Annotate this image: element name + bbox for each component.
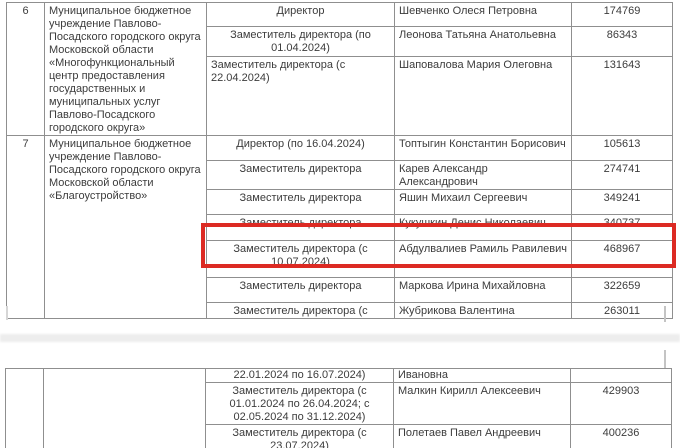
name-cell: Шаповалова Мария Олеговна xyxy=(395,57,572,136)
name-cell: Яшин Михаил Сергеевич xyxy=(395,190,572,215)
table-row: 7 Муниципальное бюджетное учреждение Пав… xyxy=(7,136,673,161)
organization-cell: Муниципальное бюджетное учреждение Павло… xyxy=(45,3,207,136)
position-cell: Заместитель директора (по 01.04.2024) xyxy=(207,27,395,57)
position-cell: Заместитель директора (с xyxy=(207,303,395,319)
organization-cell: Муниципальное бюджетное учреждение Павло… xyxy=(45,136,207,319)
position-cell: Заместитель директора xyxy=(207,278,395,303)
position-cell: Заместитель директора (с 01.01.2024 по 2… xyxy=(206,383,394,425)
highlight-rectangle xyxy=(201,223,676,268)
amount-cell xyxy=(571,369,672,383)
row-number-cell: 6 xyxy=(7,3,45,136)
name-cell: Маркова Ирина Михайловна xyxy=(395,278,572,303)
position-cell: Директор (по 16.04.2024) xyxy=(207,136,395,161)
amount-cell: 174769 xyxy=(572,3,673,27)
table-row: 22.01.2024 по 16.07.2024) Ивановна xyxy=(6,369,672,383)
salary-table-top: 6 Муниципальное бюджетное учреждение Пав… xyxy=(6,2,673,319)
position-cell: Директор xyxy=(207,3,395,27)
document-page: 6 Муниципальное бюджетное учреждение Пав… xyxy=(0,0,680,448)
organization-cell xyxy=(44,369,206,448)
name-cell: Ивановна xyxy=(394,369,571,383)
amount-cell: 274741 xyxy=(572,161,673,190)
position-cell: Заместитель директора xyxy=(207,190,395,215)
amount-cell: 86343 xyxy=(572,27,673,57)
name-cell: Жубрикова Валентина xyxy=(395,303,572,319)
amount-cell: 105613 xyxy=(572,136,673,161)
name-cell: Карев Александр Александрович xyxy=(395,161,572,190)
scan-tick-right-lower xyxy=(664,350,666,368)
amount-cell: 322659 xyxy=(572,278,673,303)
salary-table-bottom: 22.01.2024 по 16.07.2024) Ивановна Замес… xyxy=(5,368,672,448)
name-cell: Леонова Татьяна Анатольевна xyxy=(395,27,572,57)
position-cell: 22.01.2024 по 16.07.2024) xyxy=(206,369,394,383)
position-cell: Заместитель директора (с 23.07.2024) xyxy=(206,425,394,448)
name-cell: Малкин Кирилл Алексеевич xyxy=(394,383,571,425)
amount-cell: 429903 xyxy=(571,383,672,425)
scan-smear xyxy=(0,334,680,342)
name-cell: Топтыгин Константин Борисович xyxy=(395,136,572,161)
row-number-cell xyxy=(6,369,44,448)
amount-cell: 349241 xyxy=(572,190,673,215)
row-number-cell: 7 xyxy=(7,136,45,319)
name-cell: Полетаев Павел Андреевич xyxy=(394,425,571,448)
position-cell: Заместитель директора (с 22.04.2024) xyxy=(207,57,395,136)
scan-tick-right-upper xyxy=(664,306,666,322)
name-cell: Шевченко Олеся Петровна xyxy=(395,3,572,27)
amount-cell: 131643 xyxy=(572,57,673,136)
table-row: 6 Муниципальное бюджетное учреждение Пав… xyxy=(7,3,673,27)
amount-cell: 263011 xyxy=(572,303,673,319)
position-cell: Заместитель директора xyxy=(207,161,395,190)
amount-cell: 400236 xyxy=(571,425,672,448)
scan-tick-left xyxy=(6,306,8,320)
